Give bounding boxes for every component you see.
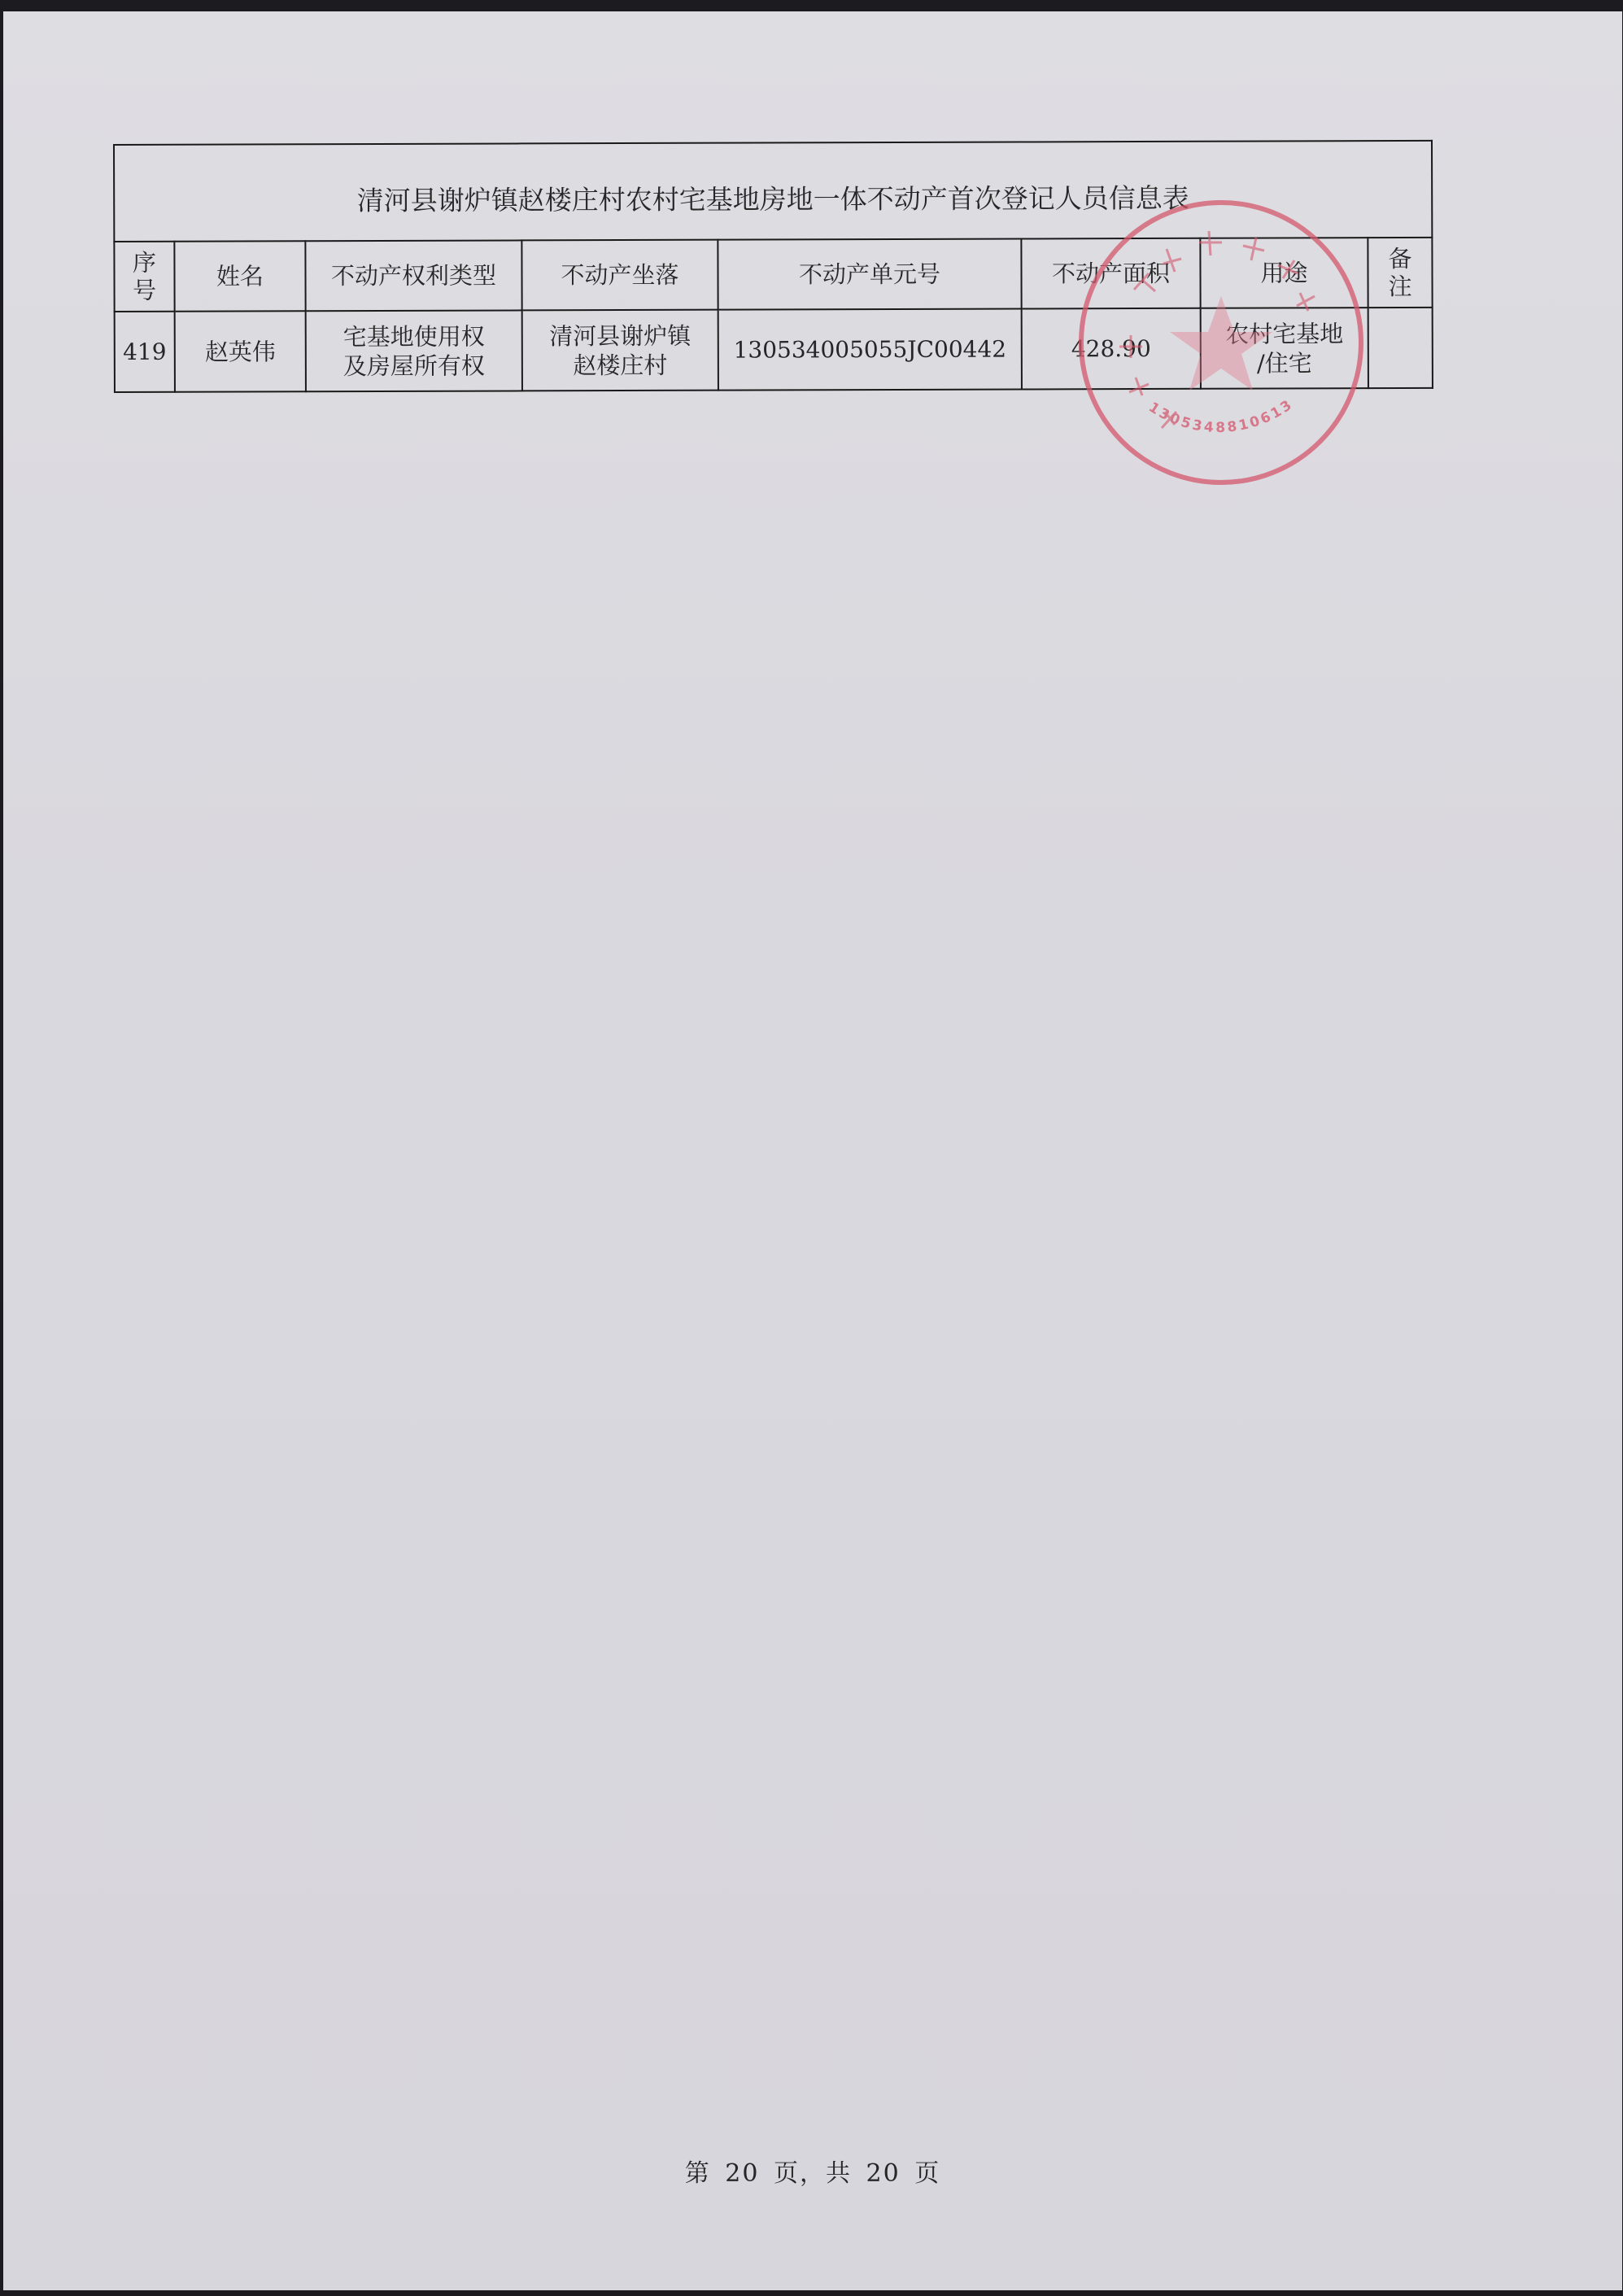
cell-area: 428.90 [1022,308,1201,390]
column-header-seq: 序号 [114,242,174,312]
page-number-footer: 第 20 页，共 20 页 [3,2153,1622,2189]
table-title: 清河县谢炉镇赵楼庄村农村宅基地房地一体不动产首次登记人员信息表 [357,183,1189,215]
cell-usage: 农村宅基地/住宅 [1201,308,1368,389]
cell-unit-no: 130534005055JC00442 [718,308,1022,390]
registration-info-table: 清河县谢炉镇赵楼庄村农村宅基地房地一体不动产首次登记人员信息表 序号 姓名 不动… [113,140,1433,393]
column-header-usage: 用途 [1200,238,1368,308]
cell-location: 清河县谢炉镇赵楼庄村 [522,310,718,391]
table-title-cell: 清河县谢炉镇赵楼庄村农村宅基地房地一体不动产首次登记人员信息表 [114,141,1432,242]
seal-code: 1305348810613 [1145,396,1297,436]
table-header-row: 序号 姓名 不动产权利类型 不动产坐落 不动产单元号 不动产面积 用途 备注 [114,238,1432,312]
cell-remark [1368,308,1433,388]
column-header-unit-no: 不动产单元号 [718,238,1021,309]
table-row: 419 赵英伟 宅基地使用权及房屋所有权 清河县谢炉镇赵楼庄村 13053400… [115,308,1433,392]
cell-seq: 419 [115,312,175,392]
column-header-right-type: 不动产权利类型 [305,240,521,311]
column-header-remark: 备注 [1368,238,1432,308]
document-page: 清河县谢炉镇赵楼庄村农村宅基地房地一体不动产首次登记人员信息表 序号 姓名 不动… [3,11,1622,2290]
column-header-location: 不动产坐落 [521,240,718,311]
cell-right-type: 宅基地使用权及房屋所有权 [306,310,522,391]
column-header-name: 姓名 [174,241,305,312]
cell-name: 赵英伟 [175,311,306,392]
column-header-area: 不动产面积 [1021,238,1200,309]
